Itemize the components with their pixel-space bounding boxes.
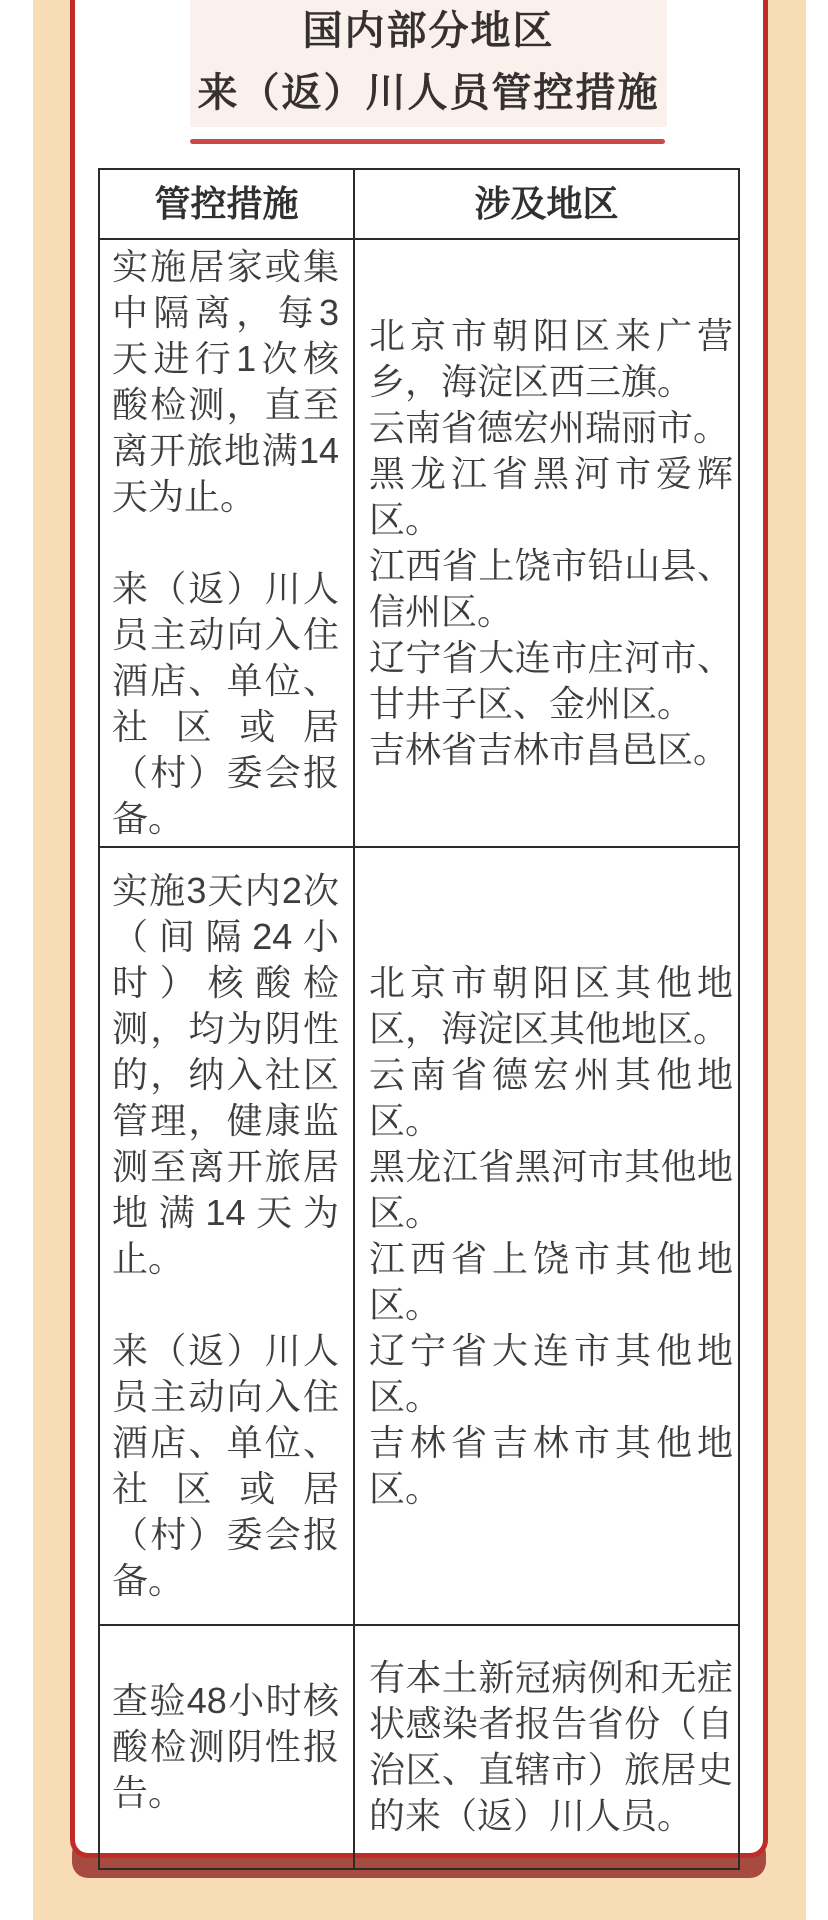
region-item: 北京市朝阳区其他地区，海淀区其他地区。	[369, 960, 733, 1052]
title-block: 国内部分地区 来（返）川人员管控措施	[190, 0, 667, 127]
measure-paragraph: 来（返）川人员主动向入住酒店、单位、社区或居（村）委会报备。	[112, 566, 339, 842]
table-row-3: 查验48小时核酸检测阴性报告。 有本土新冠病例和无症状感染者报告省份（自治区、直…	[99, 1625, 739, 1869]
region-item: 云南省德宏州瑞丽市。	[369, 405, 733, 451]
measure-cell-3: 查验48小时核酸检测阴性报告。	[99, 1625, 354, 1869]
region-item: 有本土新冠病例和无症状感染者报告省份（自治区、直辖市）旅居史的来（返）川人员。	[369, 1655, 733, 1839]
region-cell-1: 北京市朝阳区来广营乡，海淀区西三旗。 云南省德宏州瑞丽市。 黑龙江省黑河市爱辉区…	[354, 239, 739, 847]
table-row-1: 实施居家或集中隔离，每3天进行1次核酸检测，直至离开旅地满14天为止。 来（返）…	[99, 239, 739, 847]
measure-paragraph: 来（返）川人员主动向入住酒店、单位、社区或居（村）委会报备。	[112, 1328, 339, 1604]
region-item: 黑龙江省黑河市爱辉区。	[369, 451, 733, 543]
region-cell-2: 北京市朝阳区其他地区，海淀区其他地区。 云南省德宏州其他地区。 黑龙江省黑河市其…	[354, 847, 739, 1625]
region-item: 黑龙江省黑河市其他地区。	[369, 1144, 733, 1236]
region-item: 云南省德宏州其他地区。	[369, 1052, 733, 1144]
notice-card: 国内部分地区 来（返）川人员管控措施 管控措施 涉及地区 实施居家或集中隔离，每…	[70, 0, 768, 1858]
measure-paragraph: 实施居家或集中隔离，每3天进行1次核酸检测，直至离开旅地满14天为止。	[112, 244, 339, 520]
column-header-regions: 涉及地区	[354, 169, 739, 239]
page-title-line-2: 来（返）川人员管控措施	[190, 62, 667, 124]
region-item: 辽宁省大连市庄河市、甘井子区、金州区。	[369, 635, 733, 727]
region-cell-3: 有本土新冠病例和无症状感染者报告省份（自治区、直辖市）旅居史的来（返）川人员。	[354, 1625, 739, 1869]
region-item: 江西省上饶市其他地区。	[369, 1236, 733, 1328]
region-item: 江西省上饶市铅山县、信州区。	[369, 543, 733, 635]
table-header-row: 管控措施 涉及地区	[99, 169, 739, 239]
measure-cell-2: 实施3天内2次（间隔24小时）核酸检测，均为阴性的，纳入社区管理，健康监测至离开…	[99, 847, 354, 1625]
measures-table: 管控措施 涉及地区 实施居家或集中隔离，每3天进行1次核酸检测，直至离开旅地满1…	[98, 168, 740, 1870]
page: 国内部分地区 来（返）川人员管控措施 管控措施 涉及地区 实施居家或集中隔离，每…	[0, 0, 828, 1920]
measure-paragraph: 查验48小时核酸检测阴性报告。	[112, 1678, 339, 1816]
region-item: 辽宁省大连市其他地区。	[369, 1328, 733, 1420]
title-underline	[190, 139, 665, 144]
region-item: 北京市朝阳区来广营乡，海淀区西三旗。	[369, 313, 733, 405]
page-title-line-1: 国内部分地区	[190, 0, 667, 62]
region-item: 吉林省吉林市昌邑区。	[369, 727, 733, 773]
table-row-2: 实施3天内2次（间隔24小时）核酸检测，均为阴性的，纳入社区管理，健康监测至离开…	[99, 847, 739, 1625]
measure-cell-1: 实施居家或集中隔离，每3天进行1次核酸检测，直至离开旅地满14天为止。 来（返）…	[99, 239, 354, 847]
column-header-measures: 管控措施	[99, 169, 354, 239]
measure-paragraph: 实施3天内2次（间隔24小时）核酸检测，均为阴性的，纳入社区管理，健康监测至离开…	[112, 868, 339, 1282]
region-item: 吉林省吉林市其他地区。	[369, 1420, 733, 1512]
